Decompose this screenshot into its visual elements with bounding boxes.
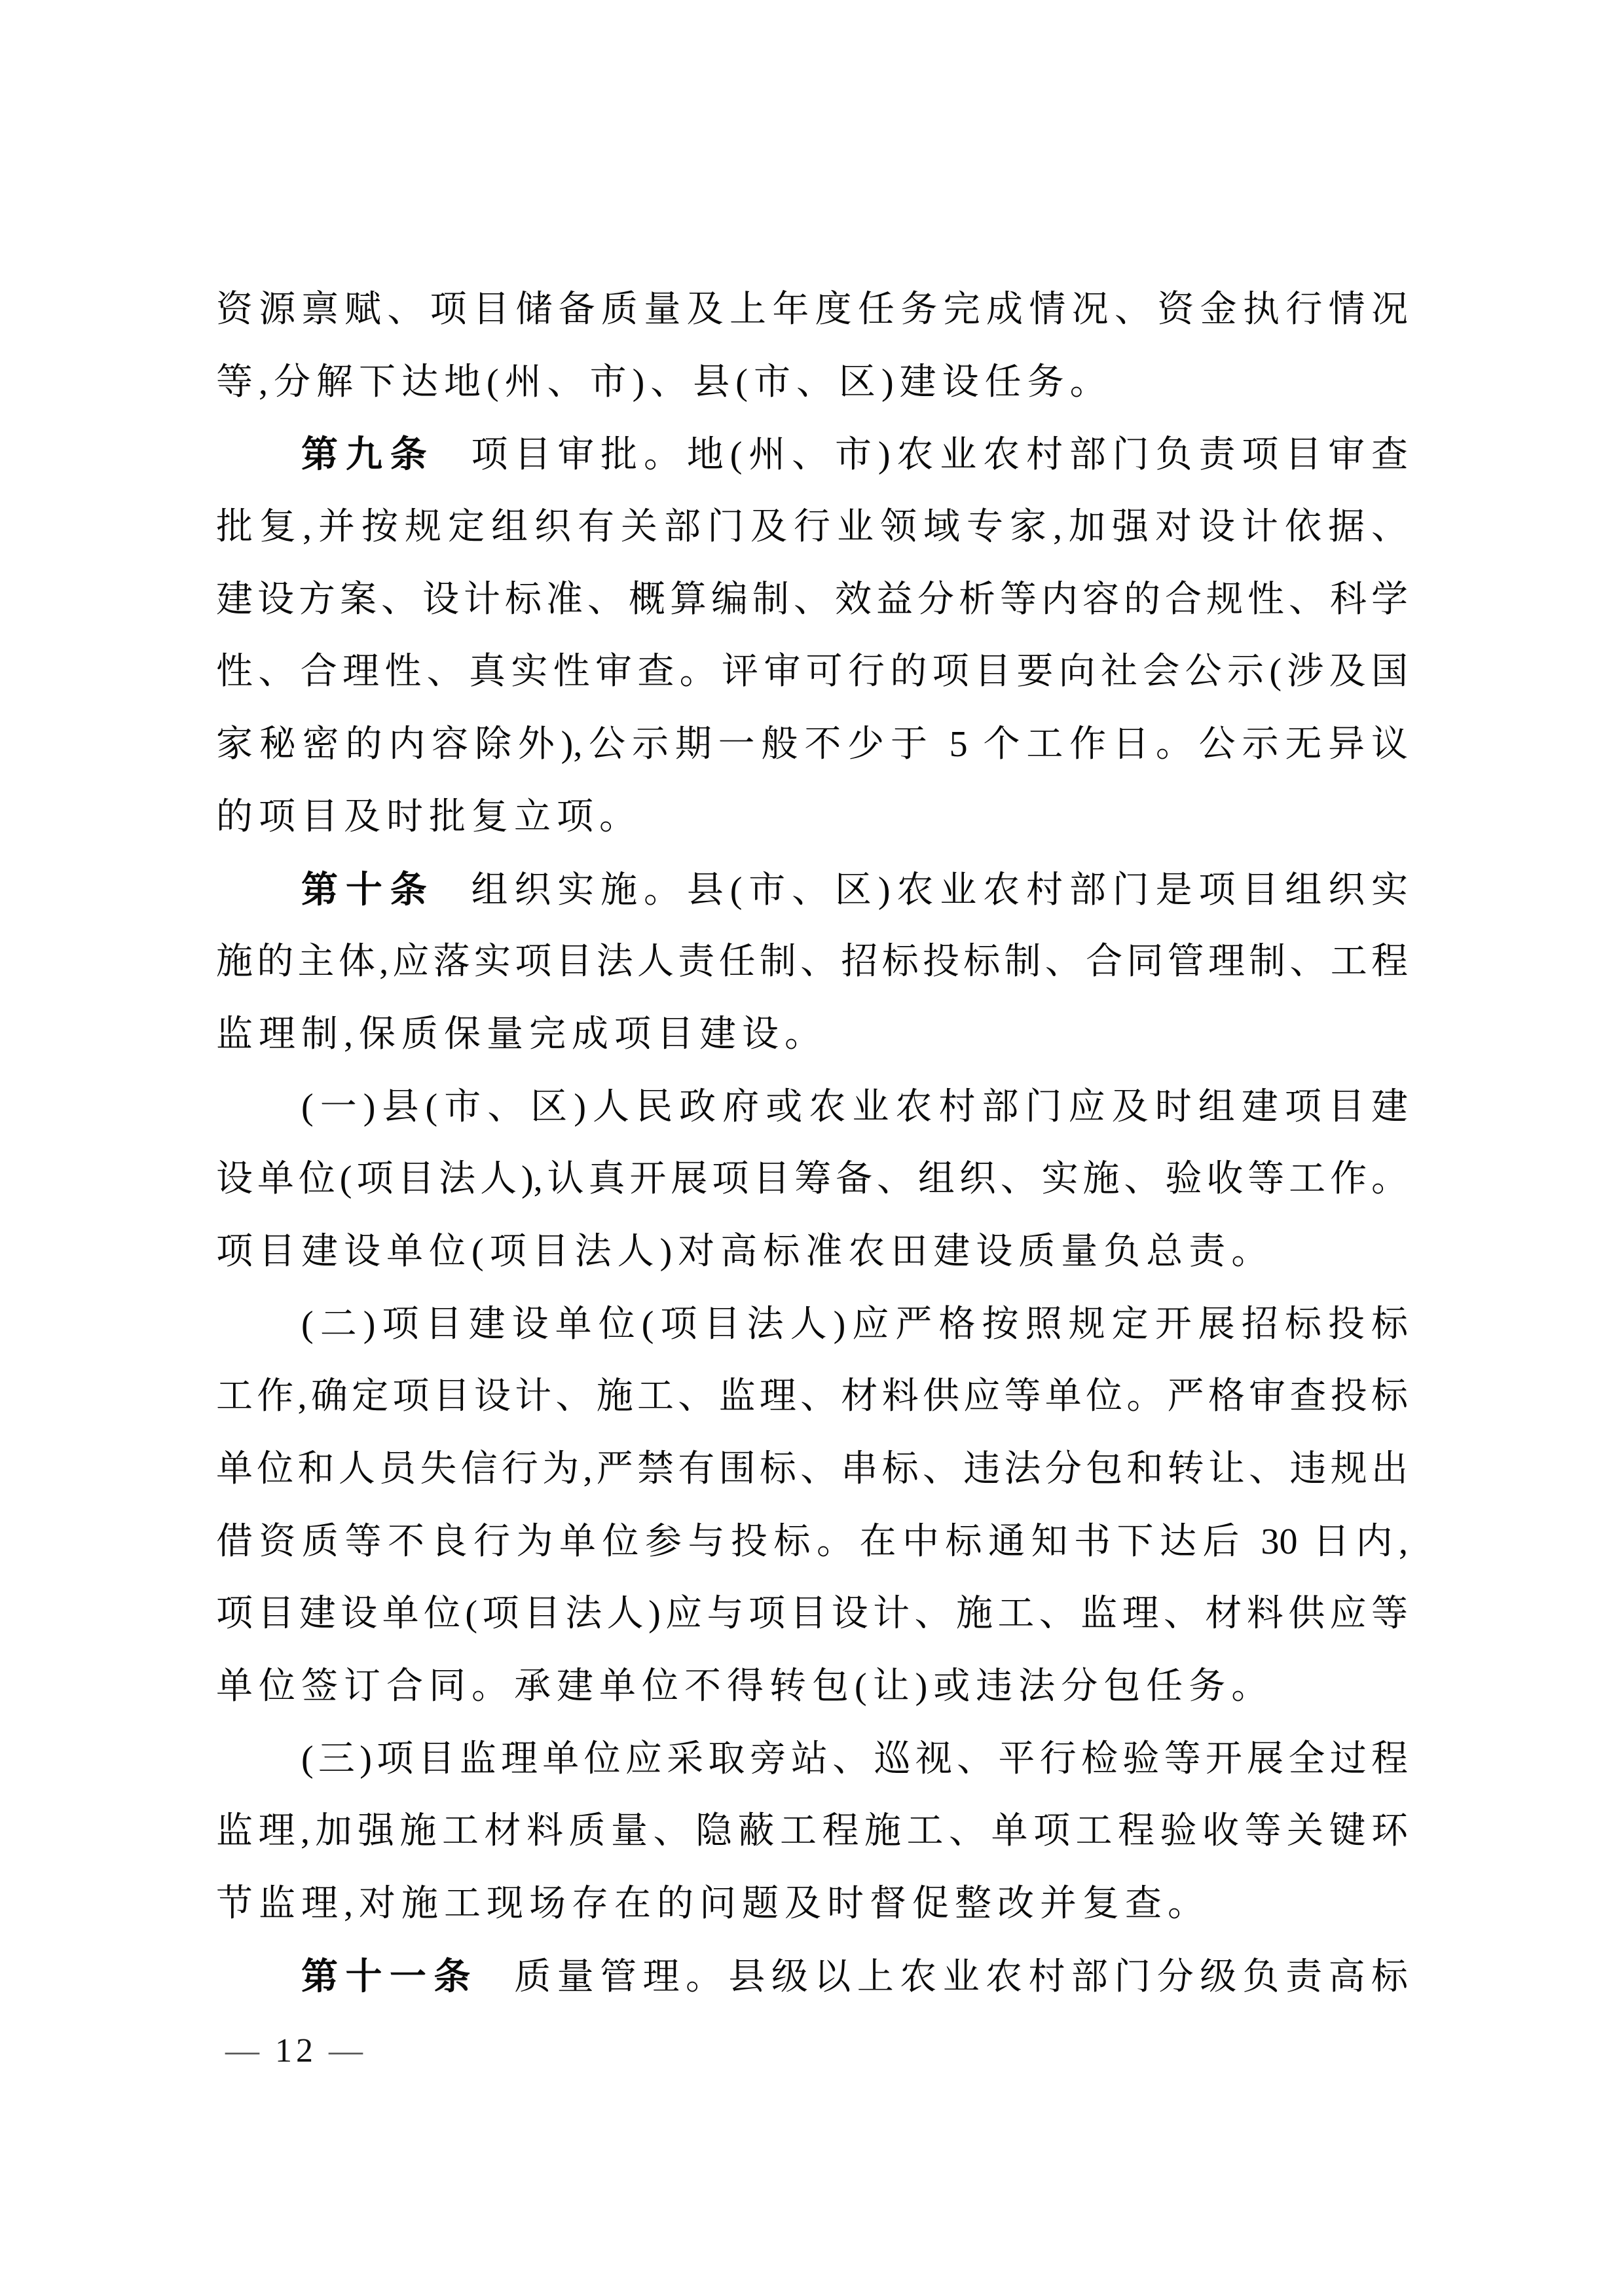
page-number-left-dash: —	[225, 2032, 263, 2069]
text-line: (一)县(市、区)人民政府或农业农村部门应及时组建项目建	[216, 1071, 1408, 1144]
line-text: 项目审批。地(州、市)农业农村部门负责项目审查	[465, 435, 1408, 475]
text-line: 批复,并按规定组织有关部门及行业领域专家,加强对设计依据、	[216, 491, 1408, 564]
text-line: 工作,确定项目设计、施工、监理、材料供应等单位。严格审查投标	[216, 1360, 1408, 1433]
text-line: 资源禀赋、项目储备质量及上年度任务完成情况、资金执行情况	[216, 274, 1408, 346]
text-line: 的项目及时批复立项。	[216, 781, 1408, 854]
text-line: 项目建设单位(项目法人)应与项目设计、施工、监理、材料供应等	[216, 1578, 1408, 1650]
text-line: 节监理,对施工现场存在的问题及时督促整改并复查。	[216, 1868, 1408, 1941]
text-line: 家秘密的内容除外),公示期一般不少于 5 个工作日。公示无异议	[216, 708, 1408, 781]
document-body: 资源禀赋、项目储备质量及上年度任务完成情况、资金执行情况等,分解下达地(州、市)…	[216, 274, 1408, 2013]
text-line: 施的主体,应落实项目法人责任制、招标投标制、合同管理制、工程	[216, 926, 1408, 998]
text-line: 等,分解下达地(州、市)、县(市、区)建设任务。	[216, 346, 1408, 419]
text-line: 借资质等不良行为单位参与投标。在中标通知书下达后 30 日内,	[216, 1506, 1408, 1578]
text-line: 第十一条质量管理。县级以上农业农村部门分级负责高标	[216, 1941, 1408, 2013]
text-line: (三)项目监理单位应采取旁站、巡视、平行检验等开展全过程	[216, 1723, 1408, 1796]
line-text: 质量管理。县级以上农业农村部门分级负责高标	[508, 1957, 1408, 1997]
text-line: (二)项目建设单位(项目法人)应严格按照规定开展招标投标	[216, 1288, 1408, 1361]
article-number: 第十条	[301, 869, 435, 910]
text-line: 设单位(项目法人),认真开展项目筹备、组织、实施、验收等工作。	[216, 1143, 1408, 1216]
page-number-right-dash: —	[329, 2032, 367, 2069]
page-number-value: 12	[263, 2032, 329, 2069]
article-number: 第九条	[301, 433, 435, 475]
text-line: 监理,加强施工材料质量、隐蔽工程施工、单项工程验收等关键环	[216, 1795, 1408, 1868]
text-line: 监理制,保质保量完成项目建设。	[216, 998, 1408, 1071]
text-line: 第九条项目审批。地(州、市)农业农村部门负责项目审查	[216, 418, 1408, 491]
text-line: 建设方案、设计标准、概算编制、效益分析等内容的合规性、科学	[216, 564, 1408, 636]
line-text: 组织实施。县(市、区)农业农村部门是项目组织实	[465, 870, 1408, 911]
document-page: 资源禀赋、项目储备质量及上年度任务完成情况、资金执行情况等,分解下达地(州、市)…	[0, 0, 1624, 2296]
text-line: 单位和人员失信行为,严禁有围标、串标、违法分包和转让、违规出	[216, 1433, 1408, 1506]
text-line: 单位签订合同。承建单位不得转包(让)或违法分包任务。	[216, 1650, 1408, 1723]
text-line: 性、合理性、真实性审查。评审可行的项目要向社会公示(涉及国	[216, 636, 1408, 708]
text-line: 第十条组织实施。县(市、区)农业农村部门是项目组织实	[216, 854, 1408, 926]
article-number: 第十一条	[301, 1956, 478, 1997]
text-line: 项目建设单位(项目法人)对高标准农田建设质量负总责。	[216, 1216, 1408, 1288]
page-number: —12—	[225, 2022, 367, 2081]
